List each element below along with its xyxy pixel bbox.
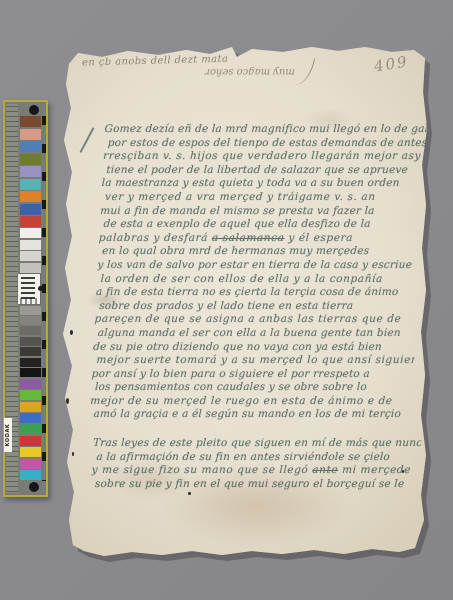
color-patch — [20, 390, 41, 400]
manuscript-line: por ansí y lo bien para o siguiere el po… — [91, 368, 414, 382]
edge-speck — [70, 330, 73, 335]
color-patch — [20, 379, 41, 389]
manuscript-line: alguna manda el ser con ella a la buena … — [97, 327, 416, 341]
color-patch — [20, 368, 41, 377]
manuscript-line: mejor de su merçed le ruego en esta de á… — [90, 395, 413, 409]
color-patch — [20, 116, 41, 127]
manuscript-line: los pensamientos con caudales y se obre … — [95, 381, 414, 395]
struck-text: ante — [312, 464, 338, 476]
color-patch — [20, 447, 41, 457]
color-patch — [20, 436, 41, 446]
registration-dashes — [42, 116, 46, 481]
manuscript-line: por estos de espos del tienpo de estas d… — [107, 137, 426, 151]
manuscript-line: y me sigue fizo su mano que se llegó ant… — [91, 464, 420, 478]
archival-photograph: en çb anobs dell dezt mata muy magco señ… — [0, 0, 453, 600]
color-patch — [20, 347, 41, 356]
color-patch — [20, 204, 41, 215]
edge-speck — [66, 398, 69, 404]
manuscript-line: amó la graçia e a él según su mando en l… — [93, 408, 412, 422]
manuscript-line: tiene el poder de la libertad de salazar… — [106, 164, 425, 178]
manuscript-paragraph-1: Gomez dezía eñ de la mrd magnifico mui l… — [89, 123, 427, 422]
color-calibration-bar: KODAK — [3, 100, 48, 497]
color-patch — [20, 337, 41, 346]
manuscript-line: en lo qual obra mrd de hermanas muy merç… — [102, 245, 421, 259]
color-patch — [20, 459, 41, 469]
manuscript-line: rresçiban v. s. hijos que verdadero lleg… — [103, 150, 426, 164]
manuscript-line: a fin de esta tierra no es çierta la ter… — [96, 286, 419, 300]
color-patch — [20, 402, 41, 412]
patch-info-label — [20, 274, 41, 304]
color-patch — [20, 316, 41, 325]
manuscript-line: mui a fin de manda el mismo se presta va… — [100, 205, 423, 219]
manuscript-line: ver y merçed a vra merçed y tráigame v. … — [105, 191, 424, 205]
manuscript-line: a la afirmaçión de su fin en antes sirvi… — [96, 451, 421, 465]
color-patch — [20, 326, 41, 335]
manuscript-line: la maestranza y esta quieta y toda va a … — [101, 177, 424, 191]
color-patch — [20, 166, 41, 177]
color-patch — [20, 306, 41, 315]
color-patch — [20, 470, 41, 480]
color-patch — [20, 191, 41, 202]
color-patch — [20, 413, 41, 423]
color-patch — [20, 251, 41, 261]
color-patch — [20, 240, 41, 250]
edge-speck — [72, 452, 74, 456]
manuscript-line: de su pie otro diziendo que no vaya con … — [93, 341, 416, 355]
registration-dot — [29, 482, 39, 492]
ink-spot — [188, 492, 191, 495]
color-patch — [20, 424, 41, 434]
manuscript-line: sobre su pie y fin en el que mui seguro … — [95, 478, 420, 492]
manuscript-line: y los van de salvo por estar en tierra d… — [97, 259, 420, 273]
patch-column — [20, 105, 41, 492]
manuscript-line: palabras y desfará a salamanca y él espe… — [98, 232, 421, 246]
registration-dot — [29, 105, 39, 115]
color-patch — [20, 141, 41, 152]
manuscript-line: Gomez dezía eñ de la mrd magnifico mui l… — [104, 123, 427, 137]
color-patch — [20, 129, 41, 140]
manuscript-line: la orden de ser con ellos de ella y a la… — [100, 273, 419, 287]
manuscript-paragraph-2: Tras leyes de este pleito que siguen en … — [91, 437, 422, 491]
color-patch — [20, 263, 41, 273]
kodak-label: KODAK — [4, 418, 12, 452]
manuscript-line: sobre dos prados y el lado tiene en esta… — [99, 300, 418, 314]
manuscript-line: pareçen de que se asigna a anbas las tie… — [94, 313, 417, 327]
color-patch — [20, 216, 41, 227]
manuscript-line: de esta a exenplo de aquel que ella desf… — [103, 218, 422, 232]
inverted-salutation: muy magco señor — [190, 66, 310, 77]
color-patch — [20, 154, 41, 165]
mini-chart-label — [18, 274, 40, 304]
color-patch — [20, 228, 41, 238]
struck-text: a salamanca — [212, 232, 285, 244]
color-patch — [20, 358, 41, 367]
manuscript-line: Tras leyes de este pleito que siguen en … — [93, 437, 422, 451]
manuscript-line: mejor suerte tomará y a su merçed lo que… — [96, 354, 415, 368]
color-patch — [20, 179, 41, 190]
